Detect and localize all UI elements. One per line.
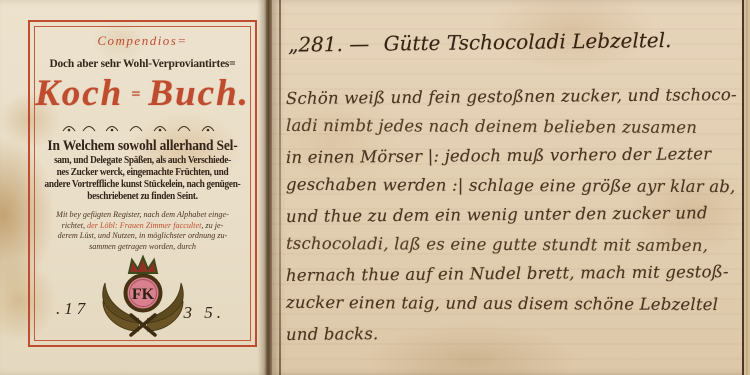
register-line: derem Lüst, und Nutzen, in möglichster o… — [36, 230, 250, 241]
page-crease-line — [279, 0, 281, 375]
left-page: Compendios= Doch aber sehr Wohl-Verprovi… — [0, 0, 266, 375]
register-line: Mit bey gefügten Register, nach dem Alph… — [36, 209, 250, 220]
title-separator: = — [127, 86, 144, 103]
recipe-number: „281. — — [288, 32, 370, 57]
monogram-letters: FK — [131, 286, 154, 303]
book-title: Koch = Buch. — [30, 72, 255, 123]
title-word-koch: Koch — [35, 73, 123, 114]
intro-paragraph: In Welchem sowohl allerhand Sel- sam, un… — [38, 138, 247, 203]
recipe-header: „281. — Gütte Tschocoladi Lebzeltel. — [288, 27, 728, 56]
recipe-line: geschaben werden :| schlage eine größe a… — [286, 169, 738, 201]
page-edge-strip — [742, 0, 750, 375]
recipe-line: hernach thue auf ein Nudel brett, mach m… — [286, 257, 738, 290]
year-digits-left: .17 — [56, 299, 89, 319]
recipe-line: ladi nimbt jedes nach deinem belieben zu… — [286, 110, 738, 142]
manuscript-scan: Compendios= Doch aber sehr Wohl-Verprovi… — [0, 0, 750, 375]
recipe-title: Gütte Tschocoladi Lebzeltel. — [383, 28, 671, 56]
subtitle-line: Doch aber sehr Wohl-Verproviantirtes= — [36, 56, 250, 71]
emblem-area: .17 FK 3 5. — [30, 253, 255, 341]
intro-line: In Welchem sowohl allerhand Sel- — [38, 138, 247, 155]
compendios-heading: Compendios= — [30, 33, 255, 49]
flourish-ornament-icon — [30, 123, 255, 135]
red-ruled-frame: Compendios= Doch aber sehr Wohl-Verprovi… — [28, 20, 257, 347]
crowned-monogram-icon: FK — [91, 253, 195, 337]
recipe-body: Schön weiß und fein gestoßnen zucker, un… — [286, 82, 738, 348]
intro-line: nes Zucker werck, eingemachte Früchten, … — [38, 167, 247, 179]
year-digits-right: 3 5. — [184, 303, 226, 323]
recipe-line: und thue zu dem ein wenig unter den zuck… — [286, 198, 738, 231]
recipe-line: tschocoladi, laß es eine gutte stundt mi… — [286, 228, 738, 260]
intro-line: beschriebenet zu finden Seint. — [38, 191, 247, 203]
recipe-line: in einen Mörser |: jedoch muß vorhero de… — [286, 139, 738, 172]
recipe-line: und backs. — [286, 316, 738, 349]
register-line: sammen getragen worden, durch — [36, 241, 250, 252]
register-line-segment: richtet, — [62, 220, 87, 230]
right-page: „281. — Gütte Tschocoladi Lebzeltel. Sch… — [272, 0, 742, 375]
register-paragraph: Mit bey gefügten Register, nach dem Alph… — [36, 209, 250, 251]
recipe-line: Schön weiß und fein gestoßnen zucker, un… — [286, 80, 738, 113]
intro-line: andere Vortreffliche kunst Stückelein, n… — [38, 179, 247, 191]
register-line-segment: , zu je- — [201, 220, 223, 230]
intro-line: sam, und Delegate Späßen, als auch Versc… — [38, 155, 247, 167]
recipe-line: zucker einen taig, und aus disem schöne … — [286, 287, 738, 319]
register-line: richtet, der Löbl: Frauen Zimmer faccult… — [36, 220, 250, 231]
register-red-text: der Löbl: Frauen Zimmer faccultet — [87, 220, 201, 230]
title-word-buch: Buch. — [148, 73, 250, 114]
